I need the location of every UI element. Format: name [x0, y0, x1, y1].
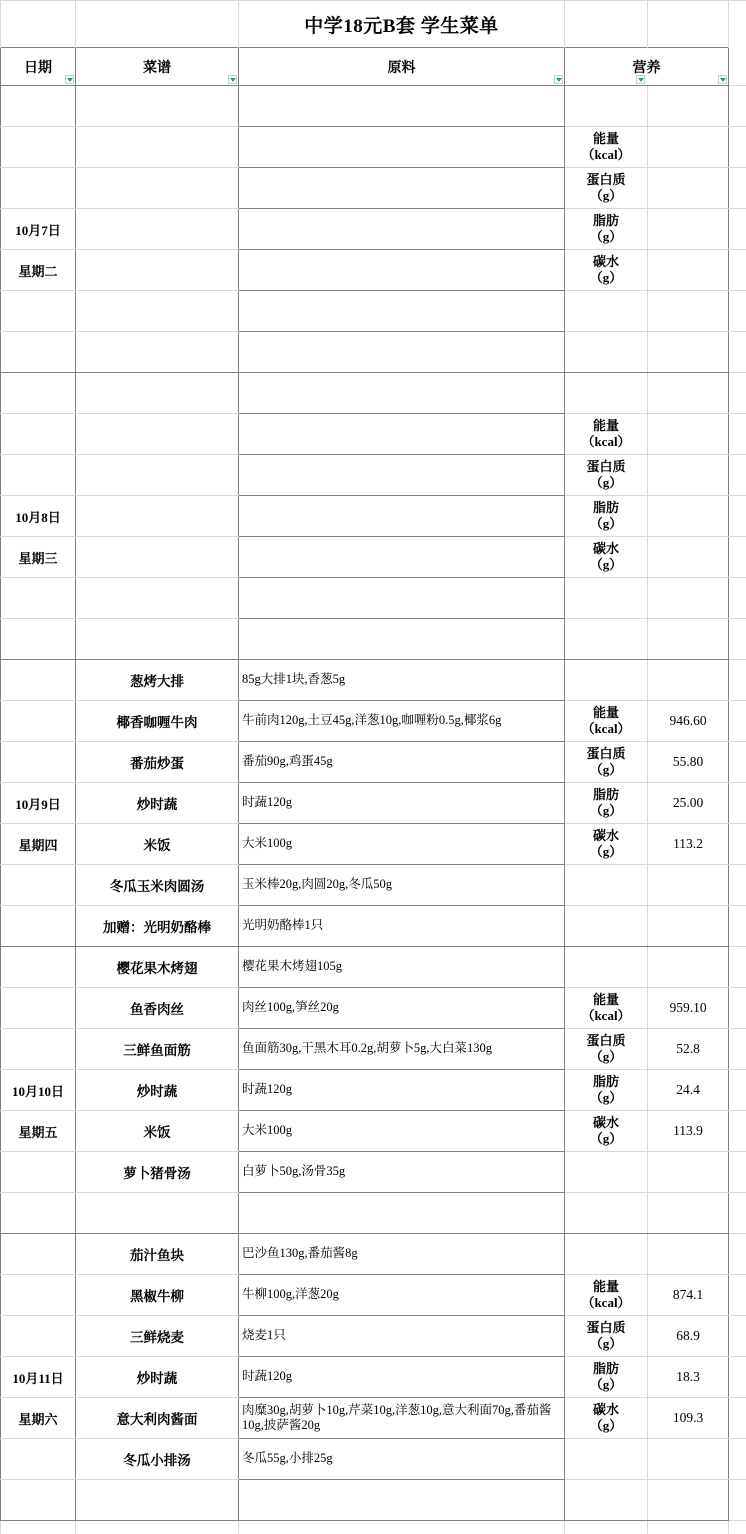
dish-cell[interactable]	[76, 578, 239, 619]
menu-row: 黑椒牛柳 牛柳100g,洋葱20g 能量（kcal） 874.1	[1, 1275, 746, 1316]
ingredients-cell[interactable]	[239, 168, 565, 209]
empty-cell[interactable]	[76, 1521, 239, 1534]
weekday-cell[interactable]: 星期三	[1, 537, 76, 578]
nutrition-value-cell[interactable]	[648, 1439, 729, 1480]
ingredients-cell[interactable]	[239, 496, 565, 537]
nutrition-label: 蛋白质	[565, 1320, 647, 1336]
header-ingredients-label: 原料	[388, 61, 416, 76]
menu-row: 萝卜猪骨汤 白萝卜50g,汤骨35g	[1, 1152, 746, 1193]
spacer-cell	[729, 291, 746, 332]
empty-cell[interactable]	[565, 1521, 648, 1534]
spacer-cell	[729, 1316, 746, 1357]
filter-dropdown-icon[interactable]	[636, 75, 645, 84]
nutrition-value-cell[interactable]	[648, 906, 729, 947]
date-cell[interactable]	[1, 701, 76, 742]
nutrition-label-cell[interactable]	[565, 1480, 648, 1521]
nutrition-unit: （g）	[565, 844, 647, 860]
ingredients-cell[interactable]: 牛前肉120g,土豆45g,洋葱10g,咖喱粉0.5g,椰浆6g	[239, 701, 565, 742]
spacer-cell	[729, 783, 746, 824]
spacer-cell	[729, 701, 746, 742]
ingredients-cell[interactable]	[239, 127, 565, 168]
date-cell[interactable]	[1, 1193, 76, 1234]
date-cell[interactable]	[1, 1316, 76, 1357]
dish-cell[interactable]: 意大利肉酱面	[76, 1398, 239, 1439]
nutrition-label-cell[interactable]: 脂肪（g）	[565, 209, 648, 250]
menu-row: 星期四 米饭 大米100g 碳水（g） 113.2	[1, 824, 746, 865]
nutrition-value-cell[interactable]: 52.8	[648, 1029, 729, 1070]
dish-cell[interactable]: 樱花果木烤翅	[76, 947, 239, 988]
spacer-cell	[729, 1029, 746, 1070]
nutrition-label-cell[interactable]: 碳水（g）	[565, 1111, 648, 1152]
dish-cell[interactable]: 番茄炒蛋	[76, 742, 239, 783]
nutrition-label-cell[interactable]	[565, 373, 648, 414]
nutrition-value-cell[interactable]: 55.80	[648, 742, 729, 783]
spacer-cell	[729, 947, 746, 988]
menu-row: 蛋白质（g）	[1, 168, 746, 209]
dish-cell[interactable]: 冬瓜玉米肉圆汤	[76, 865, 239, 906]
nutrition-value-cell[interactable]	[648, 127, 729, 168]
empty-cell[interactable]	[1, 1, 76, 48]
nutrition-label: 脂肪	[565, 1074, 647, 1090]
nutrition-unit: （g）	[565, 229, 647, 245]
nutrition-label-cell[interactable]	[565, 865, 648, 906]
nutrition-label-cell[interactable]	[565, 1152, 648, 1193]
ingredients-cell[interactable]	[239, 1193, 565, 1234]
nutrition-value-cell[interactable]	[648, 1193, 729, 1234]
nutrition-value-cell[interactable]: 113.9	[648, 1111, 729, 1152]
nutrition-label: 脂肪	[565, 500, 647, 516]
ingredients-cell[interactable]: 白萝卜50g,汤骨35g	[239, 1152, 565, 1193]
nutrition-label: 蛋白质	[565, 746, 647, 762]
nutrition-unit: （g）	[565, 1131, 647, 1147]
empty-cell[interactable]	[76, 1, 239, 48]
filter-dropdown-icon[interactable]	[554, 75, 563, 84]
date-cell[interactable]	[1, 455, 76, 496]
ingredients-cell[interactable]: 时蔬120g	[239, 1357, 565, 1398]
ingredients-cell[interactable]	[239, 291, 565, 332]
spacer-cell	[729, 578, 746, 619]
empty-cell[interactable]	[729, 1521, 746, 1534]
nutrition-label-cell[interactable]	[565, 291, 648, 332]
ingredients-cell[interactable]	[239, 537, 565, 578]
nutrition-label-cell[interactable]	[565, 332, 648, 373]
nutrition-unit: （g）	[565, 1377, 647, 1393]
nutrition-value-cell[interactable]	[648, 455, 729, 496]
nutrition-value-cell[interactable]	[648, 660, 729, 701]
date-cell[interactable]	[1, 1480, 76, 1521]
menu-row	[1, 332, 746, 373]
nutrition-value-cell[interactable]: 874.1	[648, 1275, 729, 1316]
date-cell[interactable]	[1, 373, 76, 414]
nutrition-label-cell[interactable]: 蛋白质（g）	[565, 168, 648, 209]
page-title[interactable]: 中学18元B套 学生菜单	[239, 1, 565, 48]
spacer-cell	[729, 250, 746, 291]
header-date-cell[interactable]: 日期	[1, 48, 76, 86]
filter-dropdown-icon[interactable]	[718, 75, 727, 84]
spacer-cell	[729, 414, 746, 455]
menu-row: 番茄炒蛋 番茄90g,鸡蛋45g 蛋白质（g） 55.80	[1, 742, 746, 783]
menu-row: 星期三 碳水（g）	[1, 537, 746, 578]
empty-cell[interactable]	[239, 1521, 565, 1534]
date-cell[interactable]	[1, 168, 76, 209]
nutrition-label: 能量	[565, 705, 647, 721]
nutrition-label-cell[interactable]: 能量（kcal）	[565, 127, 648, 168]
date-cell[interactable]	[1, 414, 76, 455]
ingredients-cell[interactable]	[239, 414, 565, 455]
dish-cell[interactable]	[76, 1193, 239, 1234]
nutrition-label: 碳水	[565, 1402, 647, 1418]
ingredients-cell[interactable]: 大米100g	[239, 824, 565, 865]
spacer-cell	[729, 1070, 746, 1111]
nutrition-label-cell[interactable]	[565, 578, 648, 619]
nutrition-value-cell[interactable]: 25.00	[648, 783, 729, 824]
date-cell[interactable]: 10月7日	[1, 209, 76, 250]
dish-cell[interactable]: 加赠：光明奶酪棒	[76, 906, 239, 947]
nutrition-value-cell[interactable]	[648, 496, 729, 537]
nutrition-value-cell[interactable]: 959.10	[648, 988, 729, 1029]
nutrition-unit: （g）	[565, 762, 647, 778]
spacer-cell	[729, 1234, 746, 1275]
nutrition-value-cell[interactable]: 18.3	[648, 1357, 729, 1398]
menu-row: 10月10日 炒时蔬 时蔬120g 脂肪（g） 24.4	[1, 1070, 746, 1111]
nutrition-label: 碳水	[565, 541, 647, 557]
nutrition-value-cell[interactable]	[648, 373, 729, 414]
menu-spreadsheet: 中学18元B套 学生菜单 日期 菜谱 原料 营养 能量（kcal） 蛋白质（g）…	[0, 0, 746, 1534]
nutrition-label-cell[interactable]: 能量（kcal）	[565, 414, 648, 455]
spacer-cell	[729, 86, 746, 127]
ingredients-cell[interactable]: 玉米棒20g,肉圆20g,冬瓜50g	[239, 865, 565, 906]
nutrition-label: 脂肪	[565, 213, 647, 229]
menu-row: 10月8日 脂肪（g）	[1, 496, 746, 537]
nutrition-label-cell[interactable]: 能量（kcal）	[565, 988, 648, 1029]
menu-row	[1, 578, 746, 619]
nutrition-label-cell[interactable]	[565, 660, 648, 701]
menu-row	[1, 373, 746, 414]
spacer-cell	[729, 496, 746, 537]
dish-cell[interactable]	[76, 414, 239, 455]
spacer-cell	[729, 1398, 746, 1439]
ingredients-cell[interactable]	[239, 86, 565, 127]
nutrition-value-cell[interactable]: 113.2	[648, 824, 729, 865]
nutrition-label-cell[interactable]: 能量（kcal）	[565, 701, 648, 742]
nutrition-label-cell[interactable]: 碳水（g）	[565, 537, 648, 578]
nutrition-label-cell[interactable]: 蛋白质（g）	[565, 1316, 648, 1357]
nutrition-unit: （kcal）	[565, 1008, 647, 1024]
dish-cell[interactable]	[76, 1480, 239, 1521]
ingredients-cell[interactable]: 鱼面筋30g,干黑木耳0.2g,胡萝卜5g,大白菜130g	[239, 1029, 565, 1070]
spacer-cell	[729, 373, 746, 414]
nutrition-label: 能量	[565, 418, 647, 434]
nutrition-label: 碳水	[565, 1115, 647, 1131]
nutrition-value-cell[interactable]	[648, 865, 729, 906]
dish-cell[interactable]: 冬瓜小排汤	[76, 1439, 239, 1480]
spacer-cell	[729, 332, 746, 373]
menu-row: 鱼香肉丝 肉丝100g,笋丝20g 能量（kcal） 959.10	[1, 988, 746, 1029]
ingredients-cell[interactable]: 番茄90g,鸡蛋45g	[239, 742, 565, 783]
nutrition-unit: （g）	[565, 270, 647, 286]
nutrition-label: 能量	[565, 992, 647, 1008]
menu-row: 冬瓜玉米肉圆汤 玉米棒20g,肉圆20g,冬瓜50g	[1, 865, 746, 906]
date-cell[interactable]	[1, 1029, 76, 1070]
menu-row	[1, 291, 746, 332]
dish-cell[interactable]	[76, 455, 239, 496]
nutrition-value-cell[interactable]: 946.60	[648, 701, 729, 742]
ingredients-cell[interactable]	[239, 373, 565, 414]
empty-cell[interactable]	[565, 1, 648, 48]
ingredients-cell[interactable]: 巴沙鱼130g,番茄酱8g	[239, 1234, 565, 1275]
nutrition-unit: （g）	[565, 475, 647, 491]
dish-cell[interactable]	[76, 291, 239, 332]
date-cell[interactable]	[1, 1234, 76, 1275]
dish-cell[interactable]: 茄汁鱼块	[76, 1234, 239, 1275]
dish-cell[interactable]	[76, 619, 239, 660]
weekday-cell[interactable]: 星期四	[1, 824, 76, 865]
ingredients-cell[interactable]	[239, 455, 565, 496]
spacer-cell	[729, 168, 746, 209]
ingredients-cell[interactable]: 时蔬120g	[239, 783, 565, 824]
weekday-cell[interactable]: 星期二	[1, 250, 76, 291]
empty-cell[interactable]	[648, 1, 729, 48]
date-cell[interactable]	[1, 1439, 76, 1480]
dish-cell[interactable]: 黑椒牛柳	[76, 1275, 239, 1316]
nutrition-unit: （g）	[565, 188, 647, 204]
date-cell[interactable]	[1, 578, 76, 619]
nutrition-label-cell[interactable]: 脂肪（g）	[565, 1070, 648, 1111]
spacer-cell	[729, 1357, 746, 1398]
ingredients-cell[interactable]: 冬瓜55g,小排25g	[239, 1439, 565, 1480]
spacer-cell	[729, 988, 746, 1029]
nutrition-unit: （g）	[565, 1049, 647, 1065]
nutrition-label-cell[interactable]: 蛋白质（g）	[565, 742, 648, 783]
date-cell[interactable]: 10月11日	[1, 1357, 76, 1398]
title-row: 中学18元B套 学生菜单	[1, 1, 746, 48]
ingredients-cell[interactable]: 肉丝100g,笋丝20g	[239, 988, 565, 1029]
nutrition-unit: （kcal）	[565, 147, 647, 163]
ingredients-cell[interactable]: 烧麦1只	[239, 1316, 565, 1357]
nutrition-label-cell[interactable]: 蛋白质（g）	[565, 455, 648, 496]
ingredients-cell[interactable]: 时蔬120g	[239, 1070, 565, 1111]
nutrition-value-cell[interactable]: 68.9	[648, 1316, 729, 1357]
nutrition-label: 能量	[565, 131, 647, 147]
nutrition-unit: （kcal）	[565, 1295, 647, 1311]
dish-cell[interactable]: 炒时蔬	[76, 1070, 239, 1111]
nutrition-unit: （g）	[565, 1418, 647, 1434]
menu-row: 椰香咖喱牛肉 牛前肉120g,土豆45g,洋葱10g,咖喱粉0.5g,椰浆6g …	[1, 701, 746, 742]
nutrition-label: 碳水	[565, 828, 647, 844]
nutrition-value-cell[interactable]	[648, 86, 729, 127]
ingredients-cell[interactable]: 85g大排1块,香葱5g	[239, 660, 565, 701]
dish-cell[interactable]	[76, 537, 239, 578]
nutrition-label-cell[interactable]	[565, 619, 648, 660]
ingredients-cell[interactable]	[239, 332, 565, 373]
dish-cell[interactable]: 炒时蔬	[76, 1357, 239, 1398]
nutrition-label: 蛋白质	[565, 1033, 647, 1049]
nutrition-label-cell[interactable]: 碳水（g）	[565, 250, 648, 291]
nutrition-value-cell[interactable]	[648, 209, 729, 250]
nutrition-label: 蛋白质	[565, 172, 647, 188]
date-cell[interactable]	[1, 127, 76, 168]
nutrition-label-cell[interactable]	[565, 1193, 648, 1234]
nutrition-label: 脂肪	[565, 787, 647, 803]
nutrition-value-cell[interactable]	[648, 1480, 729, 1521]
nutrition-unit: （g）	[565, 1336, 647, 1352]
date-cell[interactable]	[1, 947, 76, 988]
ingredients-cell[interactable]	[239, 578, 565, 619]
date-cell[interactable]	[1, 291, 76, 332]
dish-cell[interactable]: 萝卜猪骨汤	[76, 1152, 239, 1193]
dish-cell[interactable]	[76, 496, 239, 537]
menu-row: 茄汁鱼块 巴沙鱼130g,番茄酱8g	[1, 1234, 746, 1275]
date-cell[interactable]	[1, 86, 76, 127]
dish-cell[interactable]: 三鲜鱼面筋	[76, 1029, 239, 1070]
ingredients-cell[interactable]: 大米100g	[239, 1111, 565, 1152]
menu-row: 葱烤大排 85g大排1块,香葱5g	[1, 660, 746, 701]
date-cell[interactable]	[1, 906, 76, 947]
date-cell[interactable]: 10月10日	[1, 1070, 76, 1111]
dish-cell[interactable]	[76, 127, 239, 168]
spacer-cell	[729, 660, 746, 701]
header-nutrition-cell[interactable]: 营养	[565, 48, 729, 86]
menu-row: 三鲜烧麦 烧麦1只 蛋白质（g） 68.9	[1, 1316, 746, 1357]
menu-row: 冬瓜小排汤 冬瓜55g,小排25g	[1, 1439, 746, 1480]
menu-row: 10月7日 脂肪（g）	[1, 209, 746, 250]
nutrition-label: 碳水	[565, 254, 647, 270]
dish-cell[interactable]: 米饭	[76, 1111, 239, 1152]
spacer-cell	[729, 537, 746, 578]
dish-cell[interactable]: 炒时蔬	[76, 783, 239, 824]
dish-cell[interactable]	[76, 168, 239, 209]
spacer-cell	[729, 1193, 746, 1234]
dish-cell[interactable]	[76, 250, 239, 291]
spacer-cell	[729, 906, 746, 947]
nutrition-label-cell[interactable]	[565, 906, 648, 947]
menu-row: 三鲜鱼面筋 鱼面筋30g,干黑木耳0.2g,胡萝卜5g,大白菜130g 蛋白质（…	[1, 1029, 746, 1070]
ingredients-cell[interactable]: 肉糜30g,胡萝卜10g,芹菜10g,洋葱10g,意大利面70g,番茄酱10g,…	[239, 1398, 565, 1439]
date-cell[interactable]: 10月9日	[1, 783, 76, 824]
nutrition-label: 能量	[565, 1279, 647, 1295]
date-cell[interactable]	[1, 742, 76, 783]
menu-row	[1, 1480, 746, 1521]
menu-row: 能量（kcal）	[1, 414, 746, 455]
nutrition-value-cell[interactable]: 109.3	[648, 1398, 729, 1439]
empty-cell[interactable]	[648, 1521, 729, 1534]
nutrition-unit: （g）	[565, 1090, 647, 1106]
date-cell[interactable]	[1, 988, 76, 1029]
weekday-cell[interactable]: 星期六	[1, 1398, 76, 1439]
date-cell[interactable]	[1, 865, 76, 906]
nutrition-value-cell[interactable]	[648, 1152, 729, 1193]
spacer-cell	[729, 48, 746, 86]
nutrition-label-cell[interactable]: 脂肪（g）	[565, 496, 648, 537]
dish-cell[interactable]	[76, 209, 239, 250]
dish-cell[interactable]: 葱烤大排	[76, 660, 239, 701]
spacer-cell	[729, 1152, 746, 1193]
dish-cell[interactable]	[76, 332, 239, 373]
nutrition-label-cell[interactable]	[565, 86, 648, 127]
nutrition-label-cell[interactable]	[565, 1234, 648, 1275]
header-row: 日期 菜谱 原料 营养	[1, 48, 746, 86]
bottom-partial-row	[1, 1521, 746, 1534]
nutrition-label-cell[interactable]: 脂肪（g）	[565, 783, 648, 824]
header-nutrition-label: 营养	[633, 61, 661, 76]
dish-cell[interactable]: 三鲜烧麦	[76, 1316, 239, 1357]
nutrition-value-cell[interactable]: 24.4	[648, 1070, 729, 1111]
empty-cell[interactable]	[729, 1, 746, 48]
menu-row: 10月11日 炒时蔬 时蔬120g 脂肪（g） 18.3	[1, 1357, 746, 1398]
spacer-cell	[729, 619, 746, 660]
dish-cell[interactable]	[76, 86, 239, 127]
nutrition-value-cell[interactable]	[648, 168, 729, 209]
nutrition-label-cell[interactable]: 能量（kcal）	[565, 1275, 648, 1316]
date-cell[interactable]	[1, 619, 76, 660]
nutrition-value-cell[interactable]	[648, 947, 729, 988]
spacer-cell	[729, 824, 746, 865]
header-menu-cell[interactable]: 菜谱	[76, 48, 239, 86]
ingredients-cell[interactable]: 樱花果木烤翅105g	[239, 947, 565, 988]
date-cell[interactable]	[1, 1152, 76, 1193]
nutrition-value-cell[interactable]	[648, 578, 729, 619]
spacer-cell	[729, 209, 746, 250]
nutrition-label: 脂肪	[565, 1361, 647, 1377]
filter-dropdown-icon[interactable]	[228, 75, 237, 84]
date-cell[interactable]	[1, 332, 76, 373]
dish-cell[interactable]: 椰香咖喱牛肉	[76, 701, 239, 742]
nutrition-label-cell[interactable]	[565, 947, 648, 988]
ingredients-cell[interactable]	[239, 209, 565, 250]
nutrition-value-cell[interactable]	[648, 537, 729, 578]
nutrition-value-cell[interactable]	[648, 332, 729, 373]
nutrition-value-cell[interactable]	[648, 250, 729, 291]
ingredients-cell[interactable]: 光明奶酪棒1只	[239, 906, 565, 947]
nutrition-unit: （kcal）	[565, 434, 647, 450]
menu-row: 蛋白质（g）	[1, 455, 746, 496]
date-cell[interactable]	[1, 660, 76, 701]
nutrition-value-cell[interactable]	[648, 414, 729, 455]
nutrition-label-cell[interactable]: 碳水（g）	[565, 1398, 648, 1439]
date-cell[interactable]	[1, 1275, 76, 1316]
dish-cell[interactable]	[76, 373, 239, 414]
menu-row	[1, 86, 746, 127]
menu-row: 樱花果木烤翅 樱花果木烤翅105g	[1, 947, 746, 988]
spacer-cell	[729, 1439, 746, 1480]
nutrition-unit: （g）	[565, 803, 647, 819]
nutrition-value-cell[interactable]	[648, 291, 729, 332]
ingredients-cell[interactable]	[239, 1480, 565, 1521]
date-cell[interactable]: 10月8日	[1, 496, 76, 537]
filter-dropdown-icon[interactable]	[65, 75, 74, 84]
dish-cell[interactable]: 米饭	[76, 824, 239, 865]
nutrition-value-cell[interactable]	[648, 1234, 729, 1275]
nutrition-label-cell[interactable]: 蛋白质（g）	[565, 1029, 648, 1070]
menu-row: 星期六 意大利肉酱面 肉糜30g,胡萝卜10g,芹菜10g,洋葱10g,意大利面…	[1, 1398, 746, 1439]
ingredients-cell[interactable]: 牛柳100g,洋葱20g	[239, 1275, 565, 1316]
empty-cell[interactable]	[1, 1521, 76, 1534]
menu-row: 星期二 碳水（g）	[1, 250, 746, 291]
nutrition-value-cell[interactable]	[648, 619, 729, 660]
nutrition-label: 蛋白质	[565, 459, 647, 475]
nutrition-label-cell[interactable]: 碳水（g）	[565, 824, 648, 865]
spacer-cell	[729, 1275, 746, 1316]
nutrition-label-cell[interactable]	[565, 1439, 648, 1480]
header-ingredients-cell[interactable]: 原料	[239, 48, 565, 86]
ingredients-cell[interactable]	[239, 619, 565, 660]
header-menu-label: 菜谱	[143, 61, 171, 76]
ingredients-cell[interactable]	[239, 250, 565, 291]
weekday-cell[interactable]: 星期五	[1, 1111, 76, 1152]
nutrition-label-cell[interactable]: 脂肪（g）	[565, 1357, 648, 1398]
dish-cell[interactable]: 鱼香肉丝	[76, 988, 239, 1029]
header-date-label: 日期	[24, 61, 52, 76]
